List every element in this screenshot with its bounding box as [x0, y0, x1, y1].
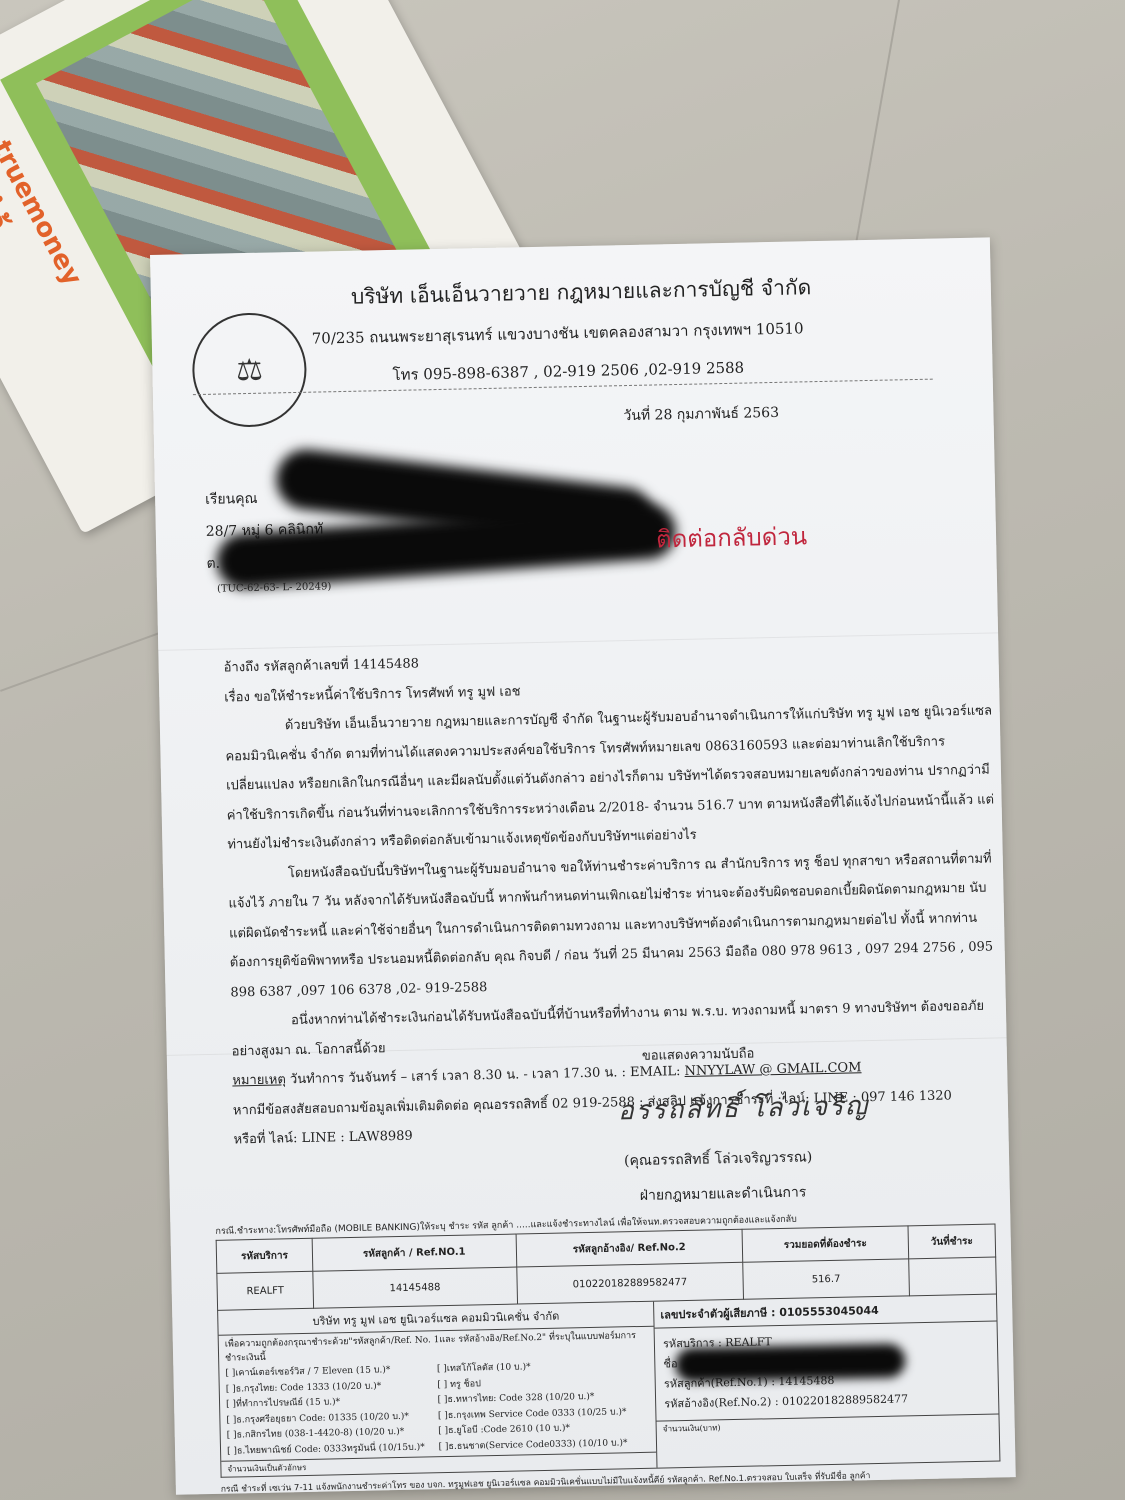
letter-date: วันที่ 28 กุมภาพันธ์ 2563 [623, 402, 779, 427]
customer-details: รหัสบริการ : REALFT ชื่อ รหัสลูกค้า(Ref.… [655, 1322, 999, 1421]
col-header: รหัสลูกอ้างอิง/ Ref.No.2 [516, 1229, 743, 1267]
letter-body: อ้างถึง รหัสลูกค้าเลขที่ 14145488 เรื่อง… [223, 637, 1003, 1155]
ref1-cell: 14145488 [313, 1267, 517, 1308]
debt-notice-letter: ⚖ บริษัท เอ็นเอ็นวายวาย กฎหมายและการบัญช… [150, 237, 1016, 1494]
department: ฝ่ายกฎหมายและดำเนินการ [640, 1181, 807, 1206]
company-phone: โทร 095-898-6387 , 02-919 2506 ,02-919 2… [392, 351, 972, 387]
service-code-cell: REALFT [217, 1271, 314, 1310]
paragraph: โดยหนังสือฉบับนี้บริษัทฯในฐานะผู้รับมอบอ… [228, 844, 1001, 1008]
company-name: บริษัท เอ็นเอ็นวายวาย กฎหมายและการบัญชี … [351, 268, 972, 314]
col-header: รวมยอดที่ต้องชำระ [742, 1226, 908, 1262]
channel-options: [ ]เคาน์เตอร์เซอร์วิส / 7 Eleven (15 บ.)… [219, 1357, 656, 1461]
remark-label: หมายเหตุ [232, 1072, 286, 1088]
paragraph: ด้วยบริษัท เอ็นเอ็นวายวาย กฎหมายและการบั… [225, 696, 998, 860]
payment-slip: กรณี.ชำระทาง:โทรศัพท์มือถือ (MOBILE BANK… [215, 1208, 1001, 1496]
signer-name: (คุณอรรถสิทธิ์ โล่วเจริญวรรณ) [624, 1146, 813, 1172]
urgent-stamp: ติดต่อกลับด่วน [656, 516, 808, 558]
hours-text: วันทำการ วันจันทร์ – เสาร์ เวลา 8.30 น. … [290, 1064, 681, 1087]
ref2-cell: 010220182889582477 [516, 1262, 743, 1304]
col-header: วันที่ชำระ [908, 1224, 996, 1259]
payment-channels: บริษัท ทรู มูฟ เอช ยูนิเวอร์แซล คอมมิวนิ… [218, 1302, 658, 1477]
payment-date-cell [909, 1257, 997, 1296]
closing: ขอแสดงความนับถือ [642, 1043, 755, 1066]
customer-info: เลขประจำตัวผู้เสียภาษี : 0105553045044 ร… [654, 1295, 999, 1468]
payment-form: บริษัท ทรู มูฟ เอช ยูนิเวอร์แซล คอมมิวนิ… [217, 1294, 1000, 1477]
signature: อรรถสิทธิ์ โล่วเจริญ [618, 1085, 870, 1131]
col-header: รหัสบริการ [216, 1238, 313, 1273]
redaction-mark [675, 1343, 906, 1382]
case-reference: (TUC-62-63- L- 20249) [217, 581, 332, 594]
company-seal-scales-icon: ⚖ [191, 312, 307, 428]
amount-cell: 516.7 [743, 1259, 910, 1299]
letterhead: บริษัท เอ็นเอ็นวายวาย กฎหมายและการบัญชี … [351, 268, 973, 388]
company-address: 70/235 ถนนพระยาสุเรนทร์ แขวงบางชัน เขตคล… [312, 313, 972, 351]
col-header: รหัสลูกค้า / Ref.NO.1 [312, 1234, 516, 1271]
